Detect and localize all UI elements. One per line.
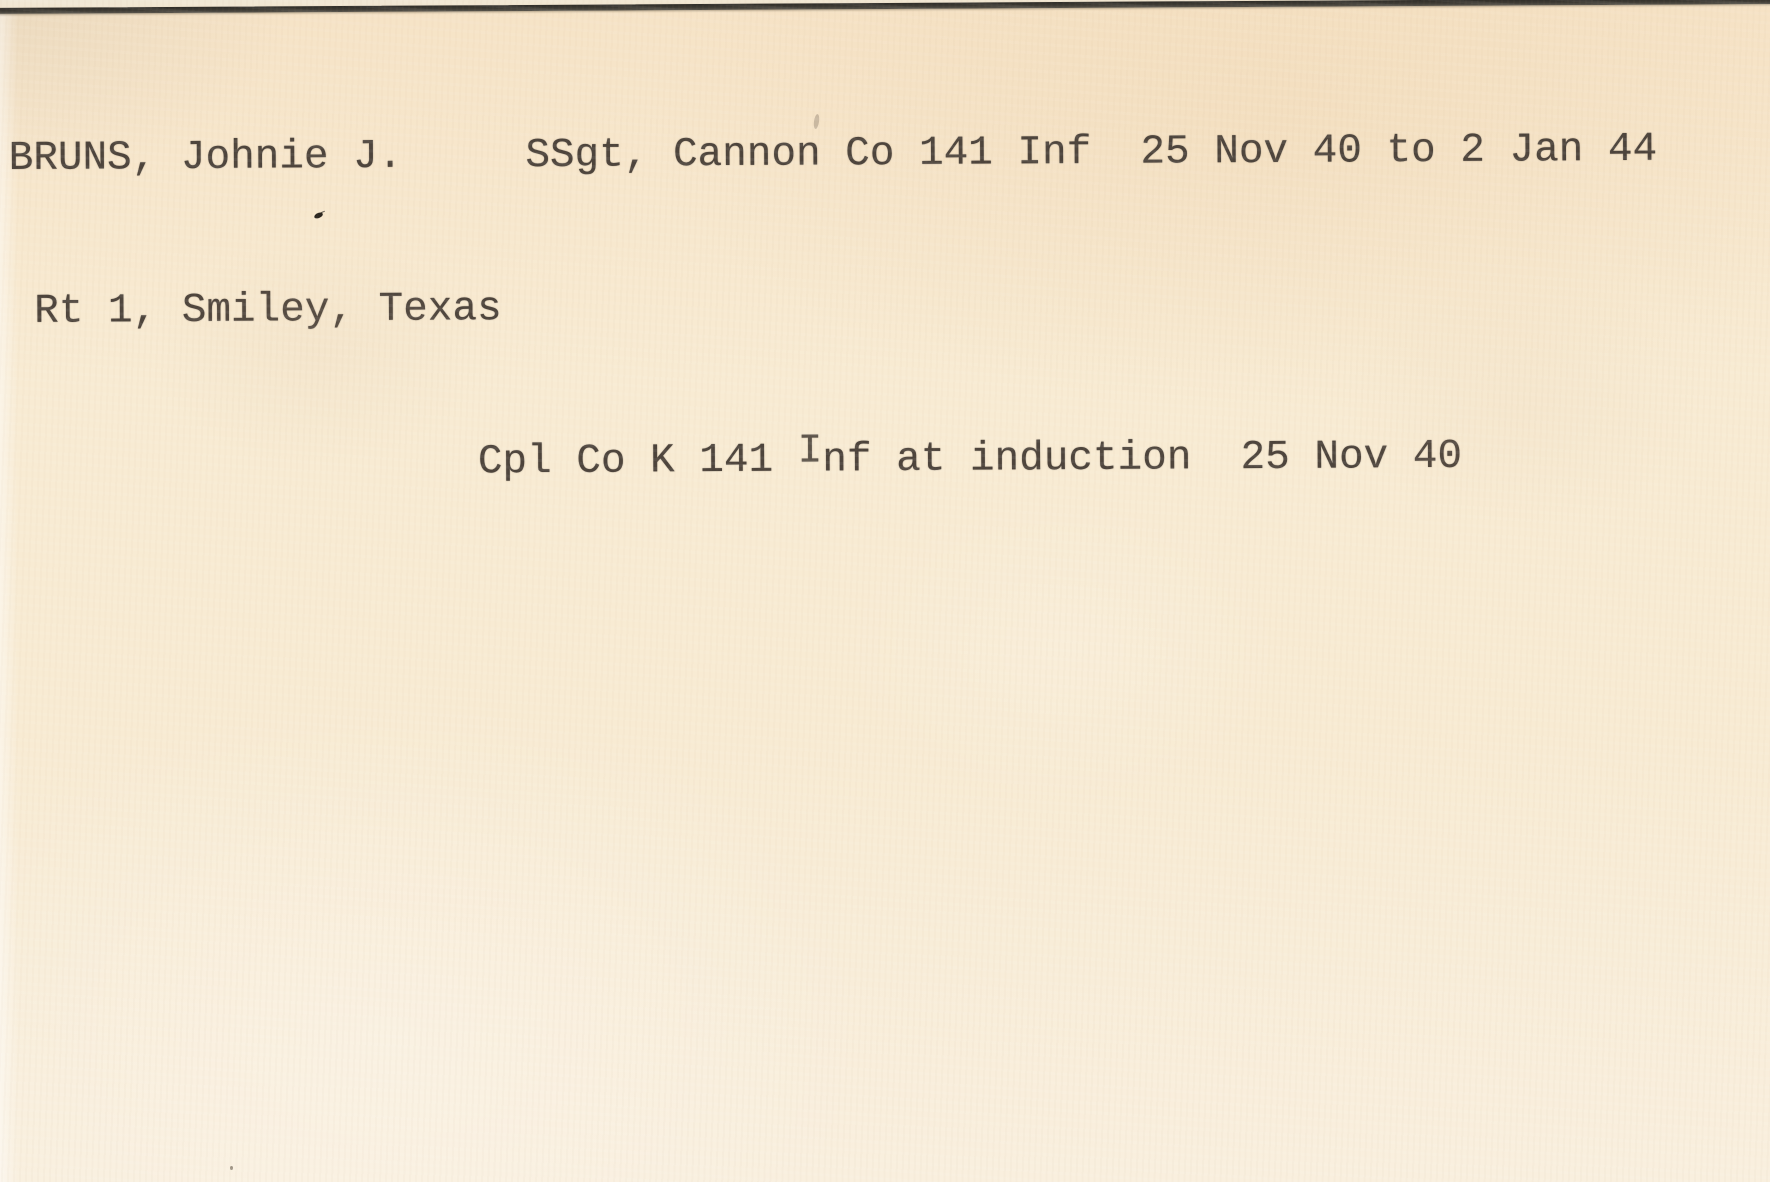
typed-line-name-rank: BRUNS, Johnie J. SSgt, Cannon Co 141 Inf…	[9, 125, 1658, 185]
typed-text-segment: nf at induction 25 Nov 40	[822, 434, 1462, 484]
index-card: BRUNS, Johnie J. SSgt, Cannon Co 141 Inf…	[0, 0, 1770, 1182]
tiny-speck	[230, 1166, 233, 1170]
typed-line-address: Rt 1, Smiley, Texas	[9, 278, 1658, 338]
raised-letter: I	[798, 428, 823, 474]
typed-text-segment: BRUNS, Johnie J. SSgt, Cannon Co 141 Inf…	[9, 127, 1658, 182]
typed-text-segment: Rt 1, Smiley, Texas	[9, 286, 501, 335]
typed-text-segment: Cpl Co K 141	[10, 438, 798, 488]
typed-text-block: BRUNS, Johnie J. SSgt, Cannon Co 141 Inf…	[8, 23, 1660, 593]
typed-line-induction: Cpl Co K 141 Inf at induction 25 Nov 40	[10, 431, 1659, 491]
